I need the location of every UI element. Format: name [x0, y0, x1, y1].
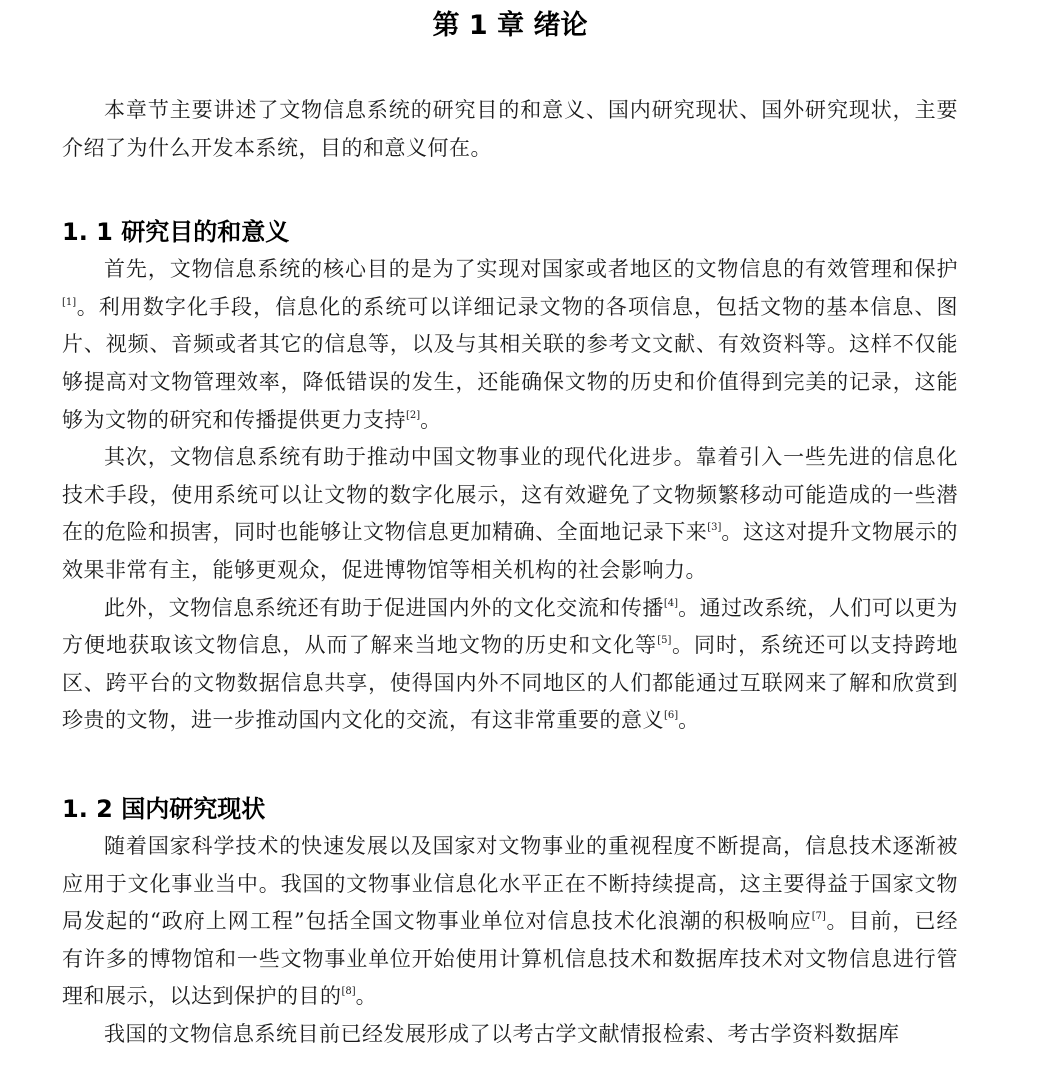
citation: [7]	[812, 911, 826, 922]
citation: [3]	[707, 522, 721, 533]
citation: [8]	[342, 986, 356, 997]
paragraph: 此外，文物信息系统还有助于促进国内外的文化交流和传播[4]。通过改系统，人们可以…	[62, 590, 958, 740]
citation: [6]	[664, 710, 678, 721]
paragraph-text: 首先，文物信息系统的核心目的是为了实现对国家或者地区的文物信息的有效管理和保护	[104, 257, 958, 281]
intro-paragraph: 本章节主要讲述了文物信息系统的研究目的和意义、国内研究现状、国外研究现状，主要介…	[62, 92, 958, 167]
section-heading-1-1: 1. 1 研究目的和意义	[62, 213, 958, 251]
paragraph-text: 我国的文物信息系统目前已经发展形成了以考古学文献情报检索、考古学资料数据库	[104, 1022, 900, 1046]
section-heading-1-2: 1. 2 国内研究现状	[62, 790, 958, 828]
document-page: 第 1 章 绪论 本章节主要讲述了文物信息系统的研究目的和意义、国内研究现状、国…	[62, 0, 958, 1053]
paragraph-text: 。利用数字化手段，信息化的系统可以详细记录文物的各项信息，包括文物的基本信息、图…	[62, 295, 958, 432]
citation: [1]	[62, 297, 76, 308]
citation: [2]	[406, 410, 420, 421]
paragraph: 首先，文物信息系统的核心目的是为了实现对国家或者地区的文物信息的有效管理和保护[…	[62, 251, 958, 439]
paragraph-text: 此外，文物信息系统还有助于促进国内外的文化交流和传播	[104, 596, 664, 620]
citation: [5]	[657, 635, 671, 646]
paragraph: 我国的文物信息系统目前已经发展形成了以考古学文献情报检索、考古学资料数据库	[62, 1016, 958, 1054]
paragraph: 其次，文物信息系统有助于推动中国文物事业的现代化进步。靠着引入一些先进的信息化技…	[62, 439, 958, 589]
paragraph-text: 。	[678, 708, 700, 732]
citation: [4]	[664, 598, 678, 609]
chapter-title: 第 1 章 绪论	[62, 0, 958, 48]
paragraph: 随着国家科学技术的快速发展以及国家对文物事业的重视程度不断提高，信息技术逐渐被应…	[62, 828, 958, 1016]
paragraph-text: 。	[356, 984, 378, 1008]
paragraph-text: 。	[420, 408, 442, 432]
